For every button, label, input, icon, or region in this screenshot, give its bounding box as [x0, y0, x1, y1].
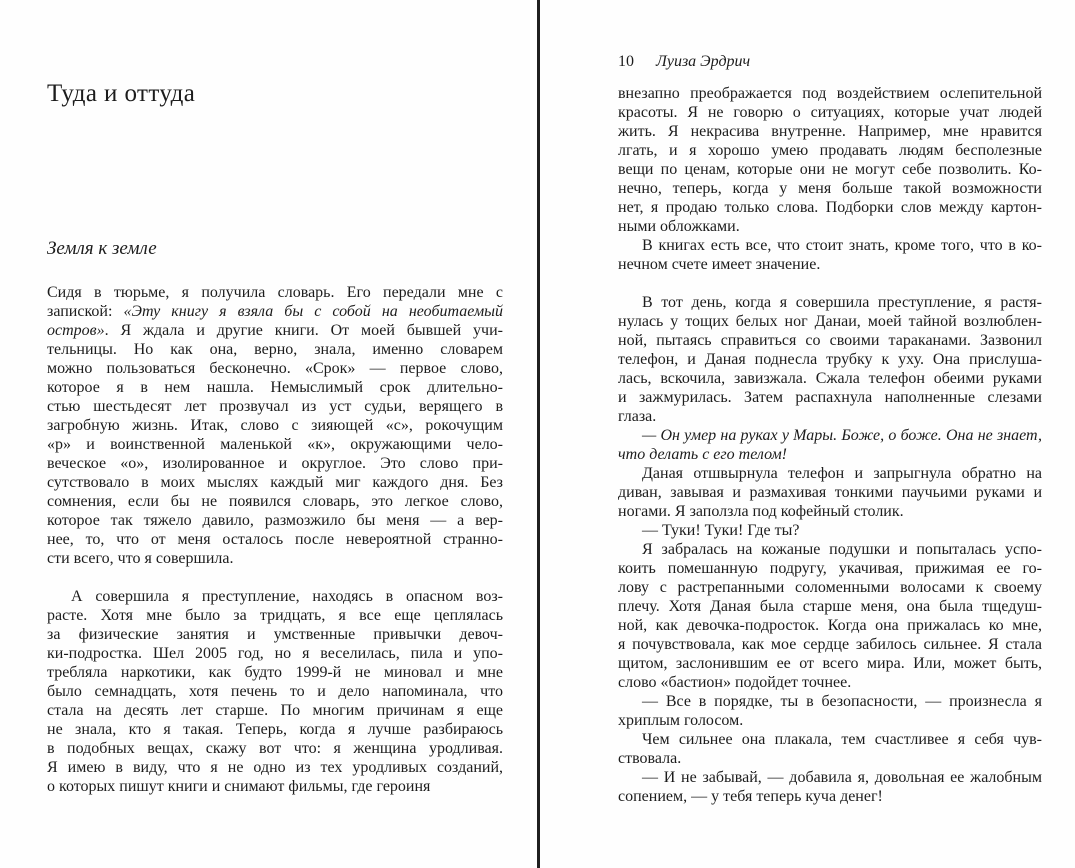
- text-line: вещи по ценам, которые они не могут себе…: [618, 160, 1042, 179]
- text-line: остров». Я ждала и другие книги. От моей…: [47, 321, 503, 340]
- text-line: сти всего, что я совершила.: [47, 549, 503, 568]
- text-line: лась, вскочила, завизжала. Сжала телефон…: [618, 369, 1042, 388]
- text-line: ствовала.: [618, 749, 1042, 768]
- text-line: ки-подростка. Шел 2005 год, но я веселил…: [47, 644, 503, 663]
- text-line: нее, то, что от меня осталось после неве…: [47, 530, 503, 549]
- text-line: в подобных вещах, скажу вот что: я женщи…: [47, 739, 503, 758]
- text-line: ной, пытаясь справиться со своими тарака…: [618, 331, 1042, 350]
- text-line: жить. Я некрасива внутренне. Например, м…: [618, 122, 1042, 141]
- paragraph: — Он умер на руках у Мары. Боже, о боже.…: [618, 426, 1042, 464]
- text-line: загробную жизнь. Итак, слово с зияющей «…: [47, 416, 503, 435]
- text-line: которое так тяжело давило, размозжило бы…: [47, 511, 503, 530]
- right-page-body: внезапно преображается под воздействием …: [618, 84, 1042, 806]
- text-line: диван, завывая и размахивая тонкими пауч…: [618, 483, 1042, 502]
- text-line: Чем сильнее она плакала, тем счастливее …: [618, 730, 1042, 749]
- text-line: я почувствовала, как мое сердце забилось…: [618, 635, 1042, 654]
- text-segment: запиской:: [47, 303, 123, 320]
- text-line: сомнения, если бы не появился словарь, э…: [47, 492, 503, 511]
- text-line: Я забралась на кожаные подушки и попытал…: [618, 540, 1042, 559]
- text-line: ными обложками.: [618, 217, 1042, 236]
- text-line: глаза.: [618, 407, 1042, 426]
- paragraph: В книгах есть все, что стоит знать, кром…: [618, 236, 1042, 274]
- text-line: ногами. Я заползла под кофейный столик.: [618, 502, 1042, 521]
- text-line: В тот день, когда я совершила преступлен…: [618, 293, 1042, 312]
- text-line: хриплым голосом.: [618, 711, 1042, 730]
- text-line: внезапно преображается под воздействием …: [618, 84, 1042, 103]
- text-line: нечно, теперь, когда у меня больше такой…: [618, 179, 1042, 198]
- text-line: лгать, и я хорошо умею продавать людям б…: [618, 141, 1042, 160]
- text-line: требляла наркотики, как будто 1999-й не …: [47, 663, 503, 682]
- left-page: Туда и оттуда Земля к земле Сидя в тюрьм…: [47, 0, 503, 868]
- paragraph: Чем сильнее она плакала, тем счастливее …: [618, 730, 1042, 768]
- paragraph: — Туки! Туки! Где ты?: [618, 521, 1042, 540]
- text-line: было семнадцать, хотя печень то и дело н…: [47, 682, 503, 701]
- text-line: коить помешанную подругу, укачивая, приж…: [618, 559, 1042, 578]
- text-line: нечном счете имеет значение.: [618, 255, 1042, 274]
- text-line: щитом, заслонившим ее от всего мира. Или…: [618, 654, 1042, 673]
- text-line: — Он умер на руках у Мары. Боже, о боже.…: [618, 426, 1042, 445]
- text-line: стала на десять лет старше. По многим пр…: [47, 701, 503, 720]
- italic-text-segment: «Эту книгу я взяла бы с собой на необита…: [123, 303, 503, 320]
- text-line: которое я в нем нашла. Немыслимый срок д…: [47, 378, 503, 397]
- left-page-body: Сидя в тюрьме, я получила словарь. Его п…: [47, 283, 503, 796]
- right-page: 10 Луиза Эрдрич внезапно преображается п…: [618, 0, 1042, 868]
- text-line: ной, как девочка-подросток. Когда она пр…: [618, 616, 1042, 635]
- text-line: за физические занятия и умственные привы…: [47, 625, 503, 644]
- text-line: плечу. Хотя Даная была старше меня, она …: [618, 597, 1042, 616]
- text-line: В книгах есть все, что стоит знать, кром…: [618, 236, 1042, 255]
- text-line: Я имею в виду, что я не одно из тех урод…: [47, 758, 503, 777]
- italic-text-segment: остров»: [47, 322, 105, 339]
- text-line: сутствовало в моих мыслях каждый миг каж…: [47, 473, 503, 492]
- text-line: лову с растрепанными соломенными волосам…: [618, 578, 1042, 597]
- paragraph-spacer: [618, 274, 1042, 293]
- text-line: красоты. Я не говорю о ситуациях, которы…: [618, 103, 1042, 122]
- text-line: можно пользоваться бесконечно. «Срок» — …: [47, 359, 503, 378]
- text-line: стью шестьдесят лет прозвучал из уст суд…: [47, 397, 503, 416]
- paragraph: — Все в порядке, ты в безопасности, — пр…: [618, 692, 1042, 730]
- screenshot-root: { "colors": { "ink": "#1c1c1c", "paper":…: [0, 0, 1075, 868]
- paragraph: Сидя в тюрьме, я получила словарь. Его п…: [47, 283, 503, 568]
- paragraph: А совершила я преступление, находясь в о…: [47, 587, 503, 796]
- paragraph: Даная отшвырнула телефон и запрыгнула об…: [618, 464, 1042, 521]
- text-line: тельницы. Но как она, верно, знала, имен…: [47, 340, 503, 359]
- text-line: что делать с его телом!: [618, 445, 1042, 464]
- text-line: расте. Хотя мне было за тридцать, я все …: [47, 606, 503, 625]
- text-line: веческое «о», изолированное и округлое. …: [47, 454, 503, 473]
- paragraph-spacer: [47, 568, 503, 587]
- paragraph: — И не забывай, — добавила я, довольная …: [618, 768, 1042, 806]
- section-heading: Земля к земле: [47, 237, 157, 261]
- chapter-title: Туда и оттуда: [47, 80, 195, 108]
- page-number: 10: [618, 52, 634, 71]
- text-line: не знала, кто я такая. Теперь, когда я л…: [47, 720, 503, 739]
- text-line: — Все в порядке, ты в безопасности, — пр…: [618, 692, 1042, 711]
- text-line: А совершила я преступление, находясь в о…: [47, 587, 503, 606]
- paragraph: Я забралась на кожаные подушки и попытал…: [618, 540, 1042, 692]
- text-line: — И не забывай, — добавила я, довольная …: [618, 768, 1042, 787]
- text-line: телефон, и Даная поднесла трубку к уху. …: [618, 350, 1042, 369]
- text-line: Даная отшвырнула телефон и запрыгнула об…: [618, 464, 1042, 483]
- text-line: Сидя в тюрьме, я получила словарь. Его п…: [47, 283, 503, 302]
- page-divider: [537, 0, 540, 868]
- text-line: запиской: «Эту книгу я взяла бы с собой …: [47, 302, 503, 321]
- book-spread: Туда и оттуда Земля к земле Сидя в тюрьм…: [0, 0, 1075, 868]
- paragraph: внезапно преображается под воздействием …: [618, 84, 1042, 236]
- text-line: нет, я продаю только слова. Подборки сло…: [618, 198, 1042, 217]
- text-line: — Туки! Туки! Где ты?: [618, 521, 1042, 540]
- text-line: слово «бастион» подойдет точнее.: [618, 673, 1042, 692]
- text-line: и зажмурилась. Затем распахнула наполнен…: [618, 388, 1042, 407]
- text-line: «р» и воинственной маленькой «к», окружа…: [47, 435, 503, 454]
- text-line: сопением, — у тебя теперь куча денег!: [618, 787, 1042, 806]
- text-line: о которых пишут книги и снимают фильмы, …: [47, 777, 503, 796]
- paragraph: В тот день, когда я совершила преступлен…: [618, 293, 1042, 426]
- running-head: Луиза Эрдрич: [656, 52, 750, 71]
- page-header: 10 Луиза Эрдрич: [618, 52, 750, 71]
- text-line: нулась у тощих белых ног Данаи, моей тай…: [618, 312, 1042, 331]
- text-segment: . Я ждала и другие книги. От моей бывшей…: [105, 322, 503, 339]
